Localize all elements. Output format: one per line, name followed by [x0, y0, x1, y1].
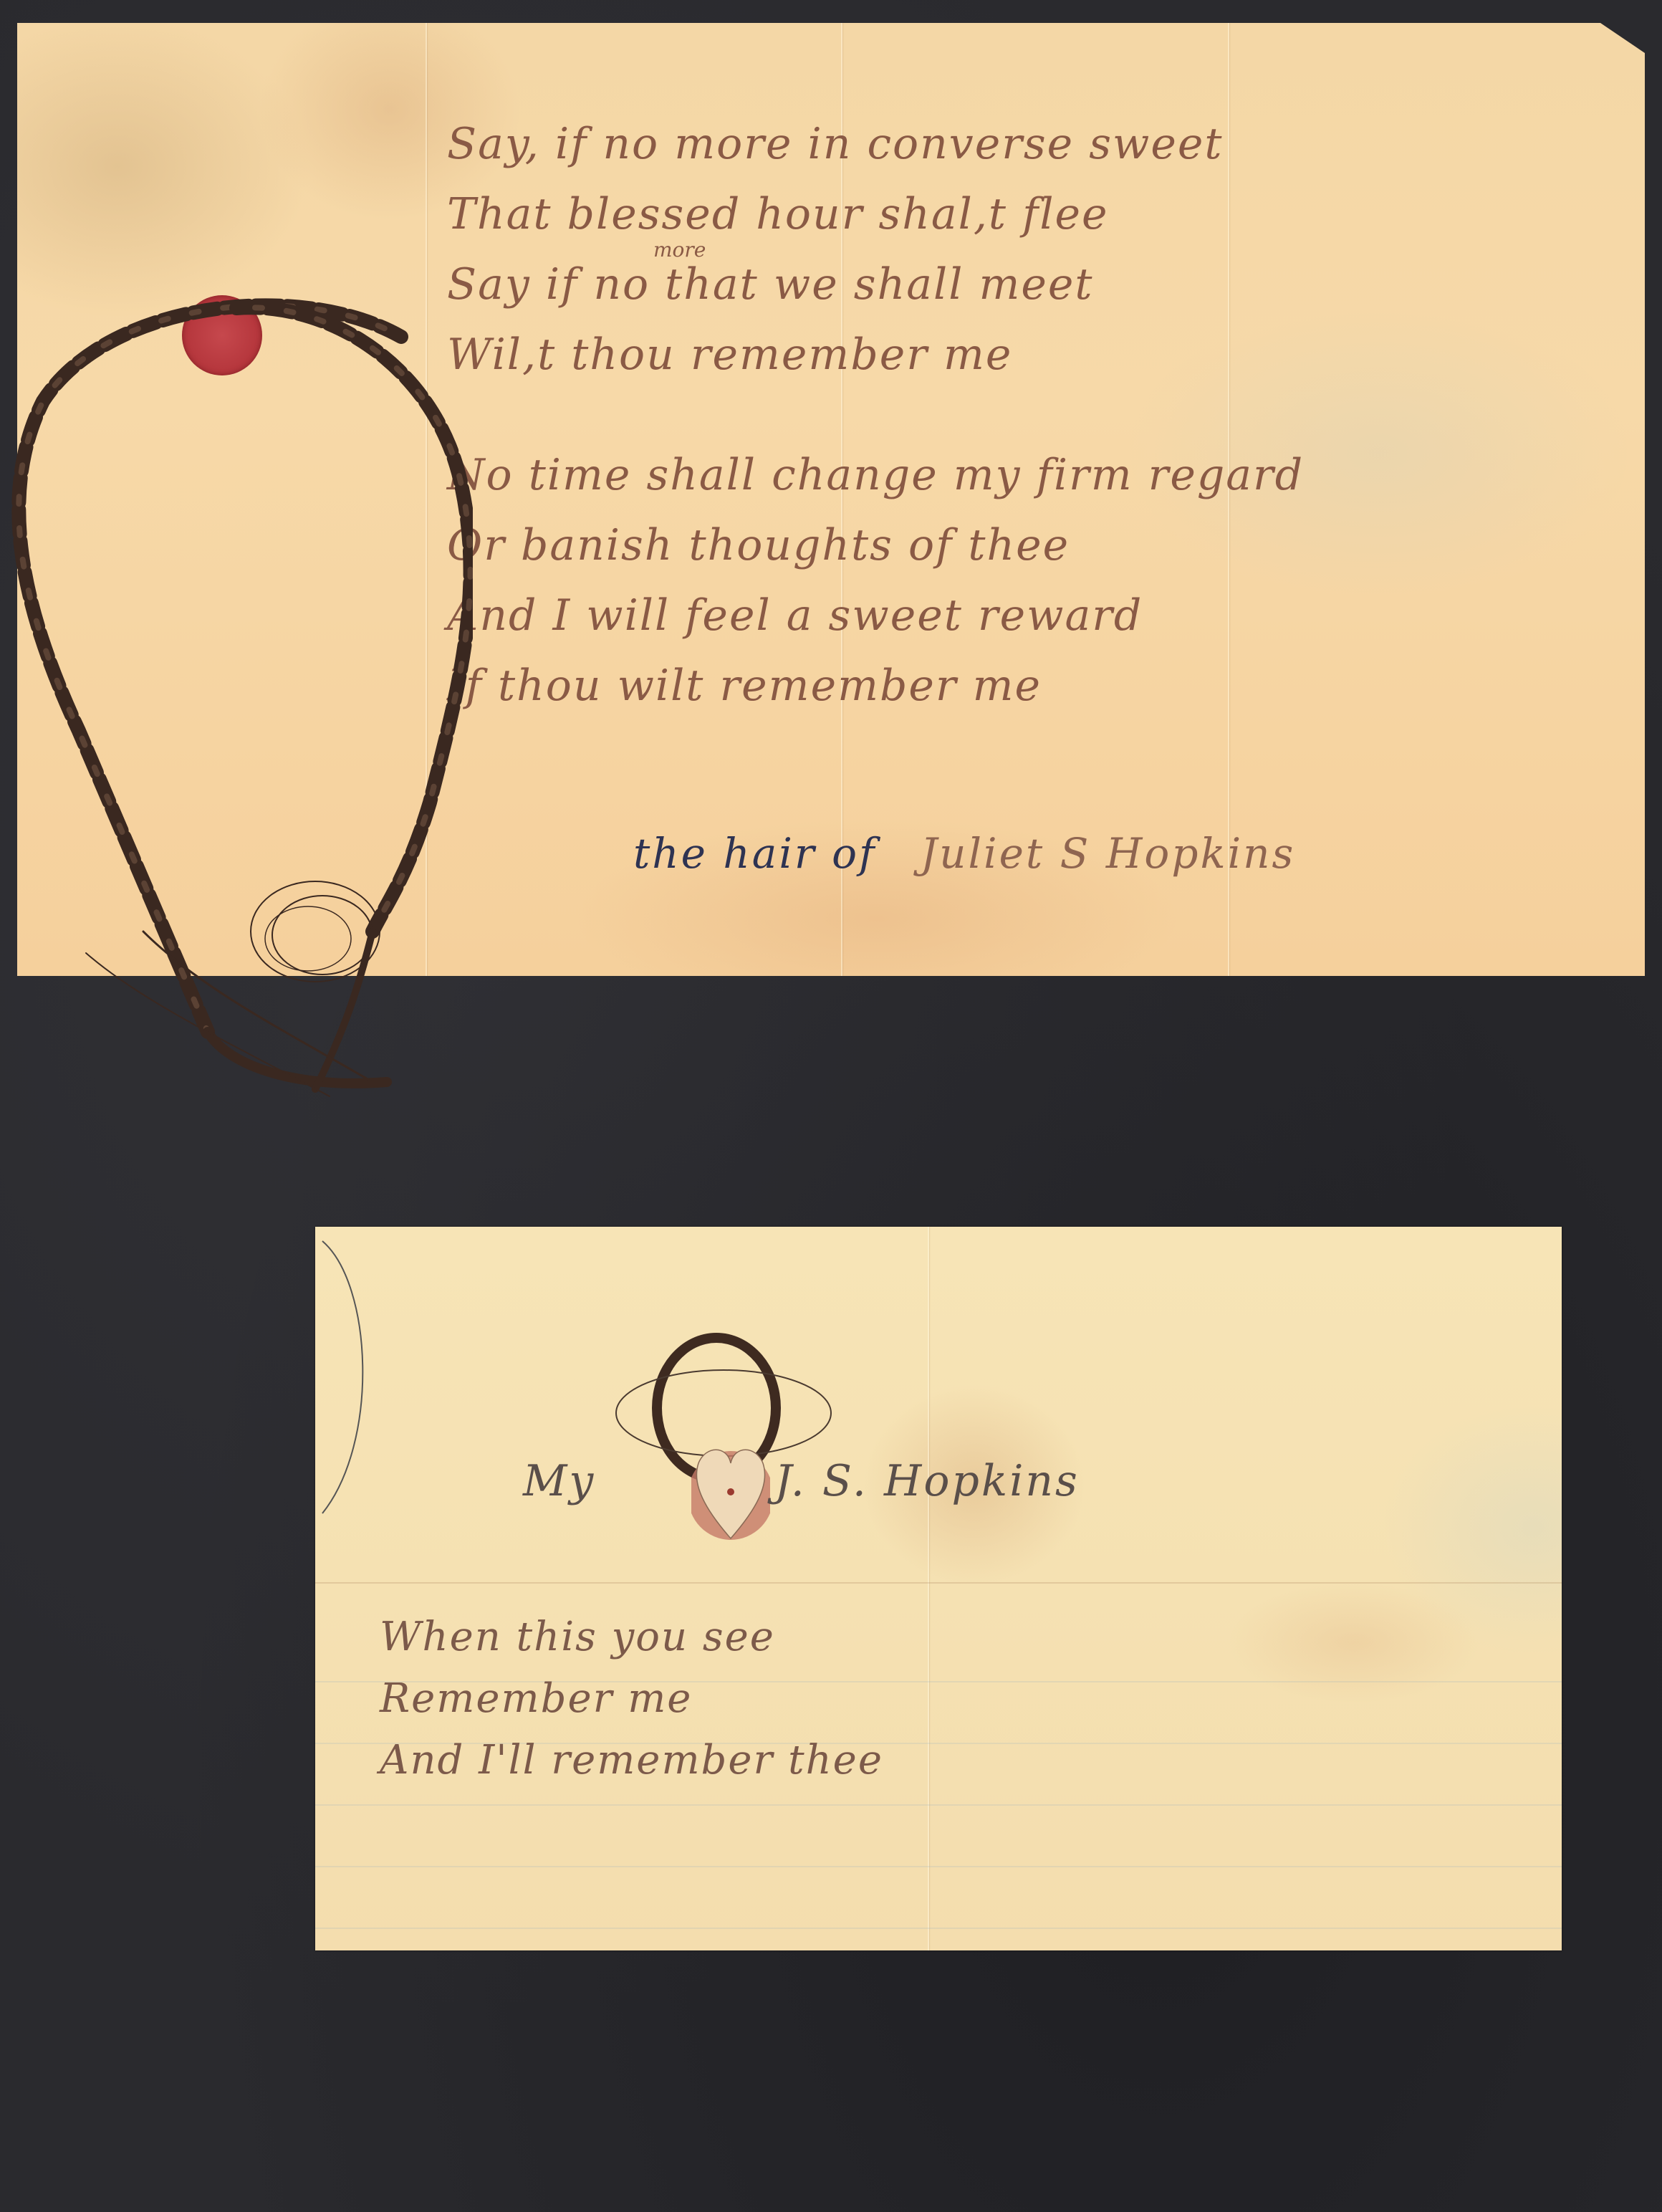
poem-line: Say, if no more in converse sweet	[447, 109, 1304, 179]
stray-hair-arc-icon	[315, 1227, 401, 1528]
attribution-name: Juliet S Hopkins	[921, 829, 1295, 878]
poem-line: Remember me	[380, 1668, 883, 1730]
poem-line: And I'll remember thee	[380, 1730, 883, 1791]
hair-attribution: the hair of Juliet S Hopkins	[633, 829, 1295, 878]
poem-line: When this you see	[380, 1607, 883, 1668]
dedication-name: J. S. Hopkins	[774, 1456, 1079, 1506]
upper-poem: Say, if no more in converse sweet That b…	[447, 109, 1304, 721]
poem-line: Say if no that we shall meet	[447, 249, 1304, 320]
attribution-prefix: the hair of	[633, 829, 876, 878]
red-wax-seal	[182, 295, 262, 375]
dedication: MyJ. S. Hopkins	[523, 1456, 1080, 1506]
poem-line: And I will feel a sweet reward	[447, 580, 1304, 651]
fold-crease	[315, 1582, 1562, 1584]
poem-line: Wil,t thou remember me	[447, 320, 1304, 390]
poem-line: If thou wilt remember me	[447, 651, 1304, 721]
lower-poem: When this you see Remember me And I'll r…	[380, 1607, 883, 1791]
upper-letter-sheet: Say, if no more in converse sweet That b…	[17, 23, 1645, 976]
poem-line: That blessed hour shal,t flee	[447, 179, 1304, 249]
poem-line: No time shall change my firm regard	[447, 440, 1304, 510]
inserted-word: more	[653, 238, 706, 262]
lower-note-sheet: MyJ. S. Hopkins When this you see Rememb…	[315, 1227, 1562, 1950]
fold-crease	[426, 23, 427, 976]
dedication-prefix: My	[523, 1456, 595, 1506]
poem-line: Or banish thoughts of thee	[447, 510, 1304, 580]
